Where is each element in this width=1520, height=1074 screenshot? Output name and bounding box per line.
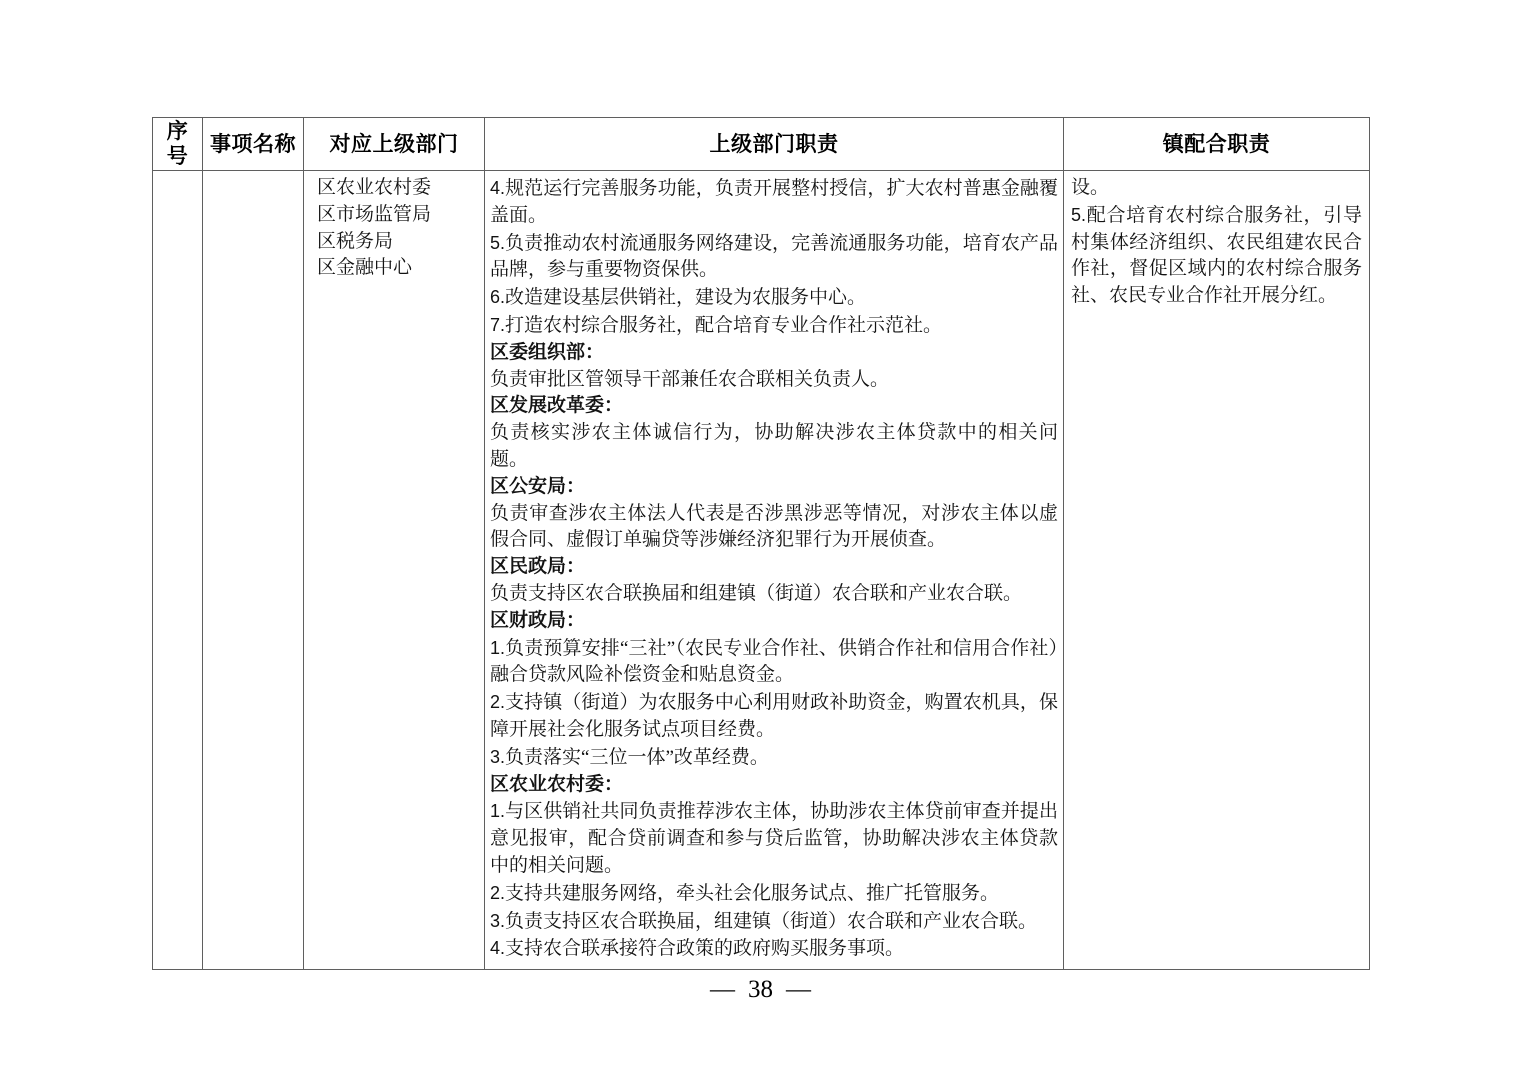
item-number: 2. bbox=[490, 692, 505, 712]
header-town-duties: 镇配合职责 bbox=[1064, 118, 1370, 171]
superior-duty-paragraph: 区发展改革委： bbox=[490, 393, 1058, 420]
superior-duty-paragraph: 负责核实涉农主体诚信行为，协助解决涉农主体贷款中的相关问题。 bbox=[490, 420, 1058, 474]
item-number: 5. bbox=[490, 233, 505, 253]
page-footer: —38— bbox=[152, 976, 1369, 1004]
header-item-name: 事项名称 bbox=[203, 118, 304, 171]
cell-departments: 区农业农村委区市场监管局区税务局区金融中心 bbox=[304, 171, 485, 970]
cell-item-name bbox=[203, 171, 304, 970]
cell-serial-number bbox=[153, 171, 203, 970]
item-number: 3. bbox=[490, 747, 505, 767]
item-number: 2. bbox=[490, 883, 505, 903]
superior-duty-paragraph: 2.支持共建服务网络，牵头社会化服务试点、推广托管服务。 bbox=[490, 880, 1058, 908]
superior-duty-paragraph: 1.与区供销社共同负责推荐涉农主体，协助涉农主体贷前审查并提出意见报审，配合贷前… bbox=[490, 798, 1058, 879]
superior-duty-paragraph: 4.支持农合联承接符合政策的政府购买服务事项。 bbox=[490, 935, 1058, 963]
town-duty-paragraph: 设。 bbox=[1071, 175, 1362, 202]
superior-duty-paragraph: 负责审查涉农主体法人代表是否涉黑涉恶等情况，对涉农主体以虚假合同、虚假订单骗贷等… bbox=[490, 501, 1058, 555]
department-name: 区税务局 bbox=[317, 229, 476, 256]
superior-duty-paragraph: 5.负责推动农村流通服务网络建设，完善流通服务功能，培育农产品品牌，参与重要物资… bbox=[490, 230, 1058, 285]
department-name: 区金融中心 bbox=[317, 255, 476, 282]
superior-duty-paragraph: 3.负责落实“三位一体”改革经费。 bbox=[490, 744, 1058, 772]
department-name: 区农业农村委 bbox=[317, 175, 476, 202]
header-superior-duties: 上级部门职责 bbox=[485, 118, 1064, 171]
header-superior-department: 对应上级部门 bbox=[304, 118, 485, 171]
superior-duty-paragraph: 负责支持区农合联换届和组建镇（街道）农合联和产业农合联。 bbox=[490, 581, 1058, 608]
page-number: 38 bbox=[748, 976, 773, 1003]
department-name: 区市场监管局 bbox=[317, 202, 476, 229]
superior-duty-paragraph: 区农业农村委： bbox=[490, 772, 1058, 799]
document-page: 序号 事项名称 对应上级部门 上级部门职责 镇配合职责 区农业农村委区市场监管局… bbox=[0, 0, 1520, 1074]
table-header-row: 序号 事项名称 对应上级部门 上级部门职责 镇配合职责 bbox=[153, 118, 1370, 171]
cell-town-duties: 设。5.配合培育农村综合服务社，引导村集体经济组织、农民组建农民合作社，督促区域… bbox=[1064, 171, 1370, 970]
header-serial-number: 序号 bbox=[153, 118, 203, 171]
superior-duty-paragraph: 区公安局： bbox=[490, 474, 1058, 501]
superior-duty-paragraph: 负责审批区管领导干部兼任农合联相关负责人。 bbox=[490, 367, 1058, 394]
superior-duty-paragraph: 4.规范运行完善服务功能，负责开展整村授信，扩大农村普惠金融覆盖面。 bbox=[490, 175, 1058, 230]
table-row: 区农业农村委区市场监管局区税务局区金融中心 4.规范运行完善服务功能，负责开展整… bbox=[153, 171, 1370, 970]
item-number: 5. bbox=[1071, 205, 1086, 225]
item-number: 1. bbox=[490, 801, 505, 821]
superior-duty-paragraph: 区委组织部： bbox=[490, 340, 1058, 367]
superior-duty-paragraph: 6.改造建设基层供销社，建设为农服务中心。 bbox=[490, 284, 1058, 312]
superior-duty-paragraph: 区民政局： bbox=[490, 554, 1058, 581]
footer-dash-right: — bbox=[786, 976, 811, 1004]
superior-duty-paragraph: 区财政局： bbox=[490, 608, 1058, 635]
item-number: 3. bbox=[490, 911, 505, 931]
superior-duty-paragraph: 1.负责预算安排“三社”（农民专业合作社、供销合作社和信用合作社）融合贷款风险补… bbox=[490, 635, 1058, 690]
town-duty-paragraph: 5.配合培育农村综合服务社，引导村集体经济组织、农民组建农民合作社，督促区域内的… bbox=[1071, 202, 1362, 310]
item-number: 4. bbox=[490, 178, 505, 198]
footer-dash-left: — bbox=[710, 976, 735, 1004]
cell-superior-duties: 4.规范运行完善服务功能，负责开展整村授信，扩大农村普惠金融覆盖面。5.负责推动… bbox=[485, 171, 1064, 970]
item-number: 6. bbox=[490, 287, 505, 307]
item-number: 7. bbox=[490, 315, 505, 335]
item-number: 1. bbox=[490, 638, 505, 658]
responsibility-table: 序号 事项名称 对应上级部门 上级部门职责 镇配合职责 区农业农村委区市场监管局… bbox=[152, 117, 1370, 970]
superior-duty-paragraph: 3.负责支持区农合联换届，组建镇（街道）农合联和产业农合联。 bbox=[490, 908, 1058, 936]
item-number: 4. bbox=[490, 938, 505, 958]
superior-duty-paragraph: 7.打造农村综合服务社，配合培育专业合作社示范社。 bbox=[490, 312, 1058, 340]
superior-duty-paragraph: 2.支持镇（街道）为农服务中心利用财政补助资金，购置农机具，保障开展社会化服务试… bbox=[490, 689, 1058, 744]
